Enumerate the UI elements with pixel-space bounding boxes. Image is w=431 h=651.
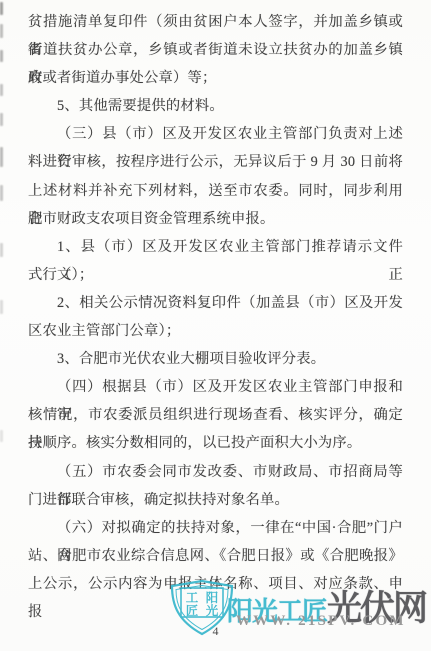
text-line: 5、其他需要提供的材料。 [28, 92, 403, 120]
text-line: 区农业主管部门公章）； [28, 317, 403, 345]
shield-char: 匠 [186, 603, 199, 618]
scan-artifact [0, 300, 3, 314]
scan-artifact [0, 113, 3, 126]
shield-char: 光 [206, 603, 219, 618]
text-line: （三）县（市）区及开发区农业主管部门负责对上述资 [28, 120, 403, 148]
text-line: 核情况，市农委派员组织进行现场查看、核实评分，确定扶 [28, 401, 403, 429]
text-line: 上述材料并补充下列材料，送至市农委。同时，同步利用合 [28, 177, 403, 205]
text-line: 持顺序。核实分数相同的，以已投产面积大小为序。 [28, 429, 403, 457]
document-body: 贫措施清单复印件（须由贫困户本人签字，并加盖乡镇或者街道扶贫办公章，乡镇或者街道… [28, 8, 403, 598]
text-line: 肥市财政支农项目资金管理系统申报。 [28, 205, 403, 233]
scan-artifact [0, 243, 3, 257]
text-line: 街道扶贫办公章，乡镇或者街道未设立扶贫办的加盖乡镇政 [28, 36, 403, 64]
text-line: 贫措施清单复印件（须由贫困户本人签字，并加盖乡镇或者 [28, 8, 403, 36]
text-line: 上公示，公示内容为申报主体名称、项目、对应条款、申报 [28, 570, 403, 598]
text-line: （六）对拟确定的扶持对象，一律在“中国·合肥”门户网 [28, 514, 403, 542]
text-line: 府或者街道办事处公章）等； [28, 64, 403, 92]
page-number: 4 [0, 624, 431, 639]
scan-artifact [0, 50, 3, 62]
text-line: 料进行审核，按程序进行公示，无异议后于 9 月 30 日前将 [28, 148, 403, 176]
scan-artifact [0, 84, 3, 96]
scan-artifact [0, 430, 3, 442]
scan-artifact [0, 185, 3, 201]
text-line: 3、合肥市光伏农业大棚项目验收评分表。 [28, 345, 403, 373]
text-line: （五）市农委会同市发改委、市财政局、市招商局等部 [28, 458, 403, 486]
scan-artifact [0, 24, 3, 38]
text-line: 1、县（市）区及开发区农业主管部门推荐请示文件（正 [28, 233, 403, 261]
document-page: 贫措施清单复印件（须由贫困户本人签字，并加盖乡镇或者街道扶贫办公章，乡镇或者街道… [0, 0, 431, 651]
text-line: 门进行联合审核，确定拟扶持对象名单。 [28, 486, 403, 514]
scan-artifact [0, 147, 3, 167]
scan-artifact [0, 2, 3, 15]
text-line: 站、合肥市农业综合信息网、《合肥日报》或《合肥晚报》 [28, 542, 403, 570]
text-line: （四）根据县（市）区及开发区农业主管部门申报和审 [28, 373, 403, 401]
text-line: 2、相关公示情况资料复印件（加盖县（市）区及开发 [28, 289, 403, 317]
